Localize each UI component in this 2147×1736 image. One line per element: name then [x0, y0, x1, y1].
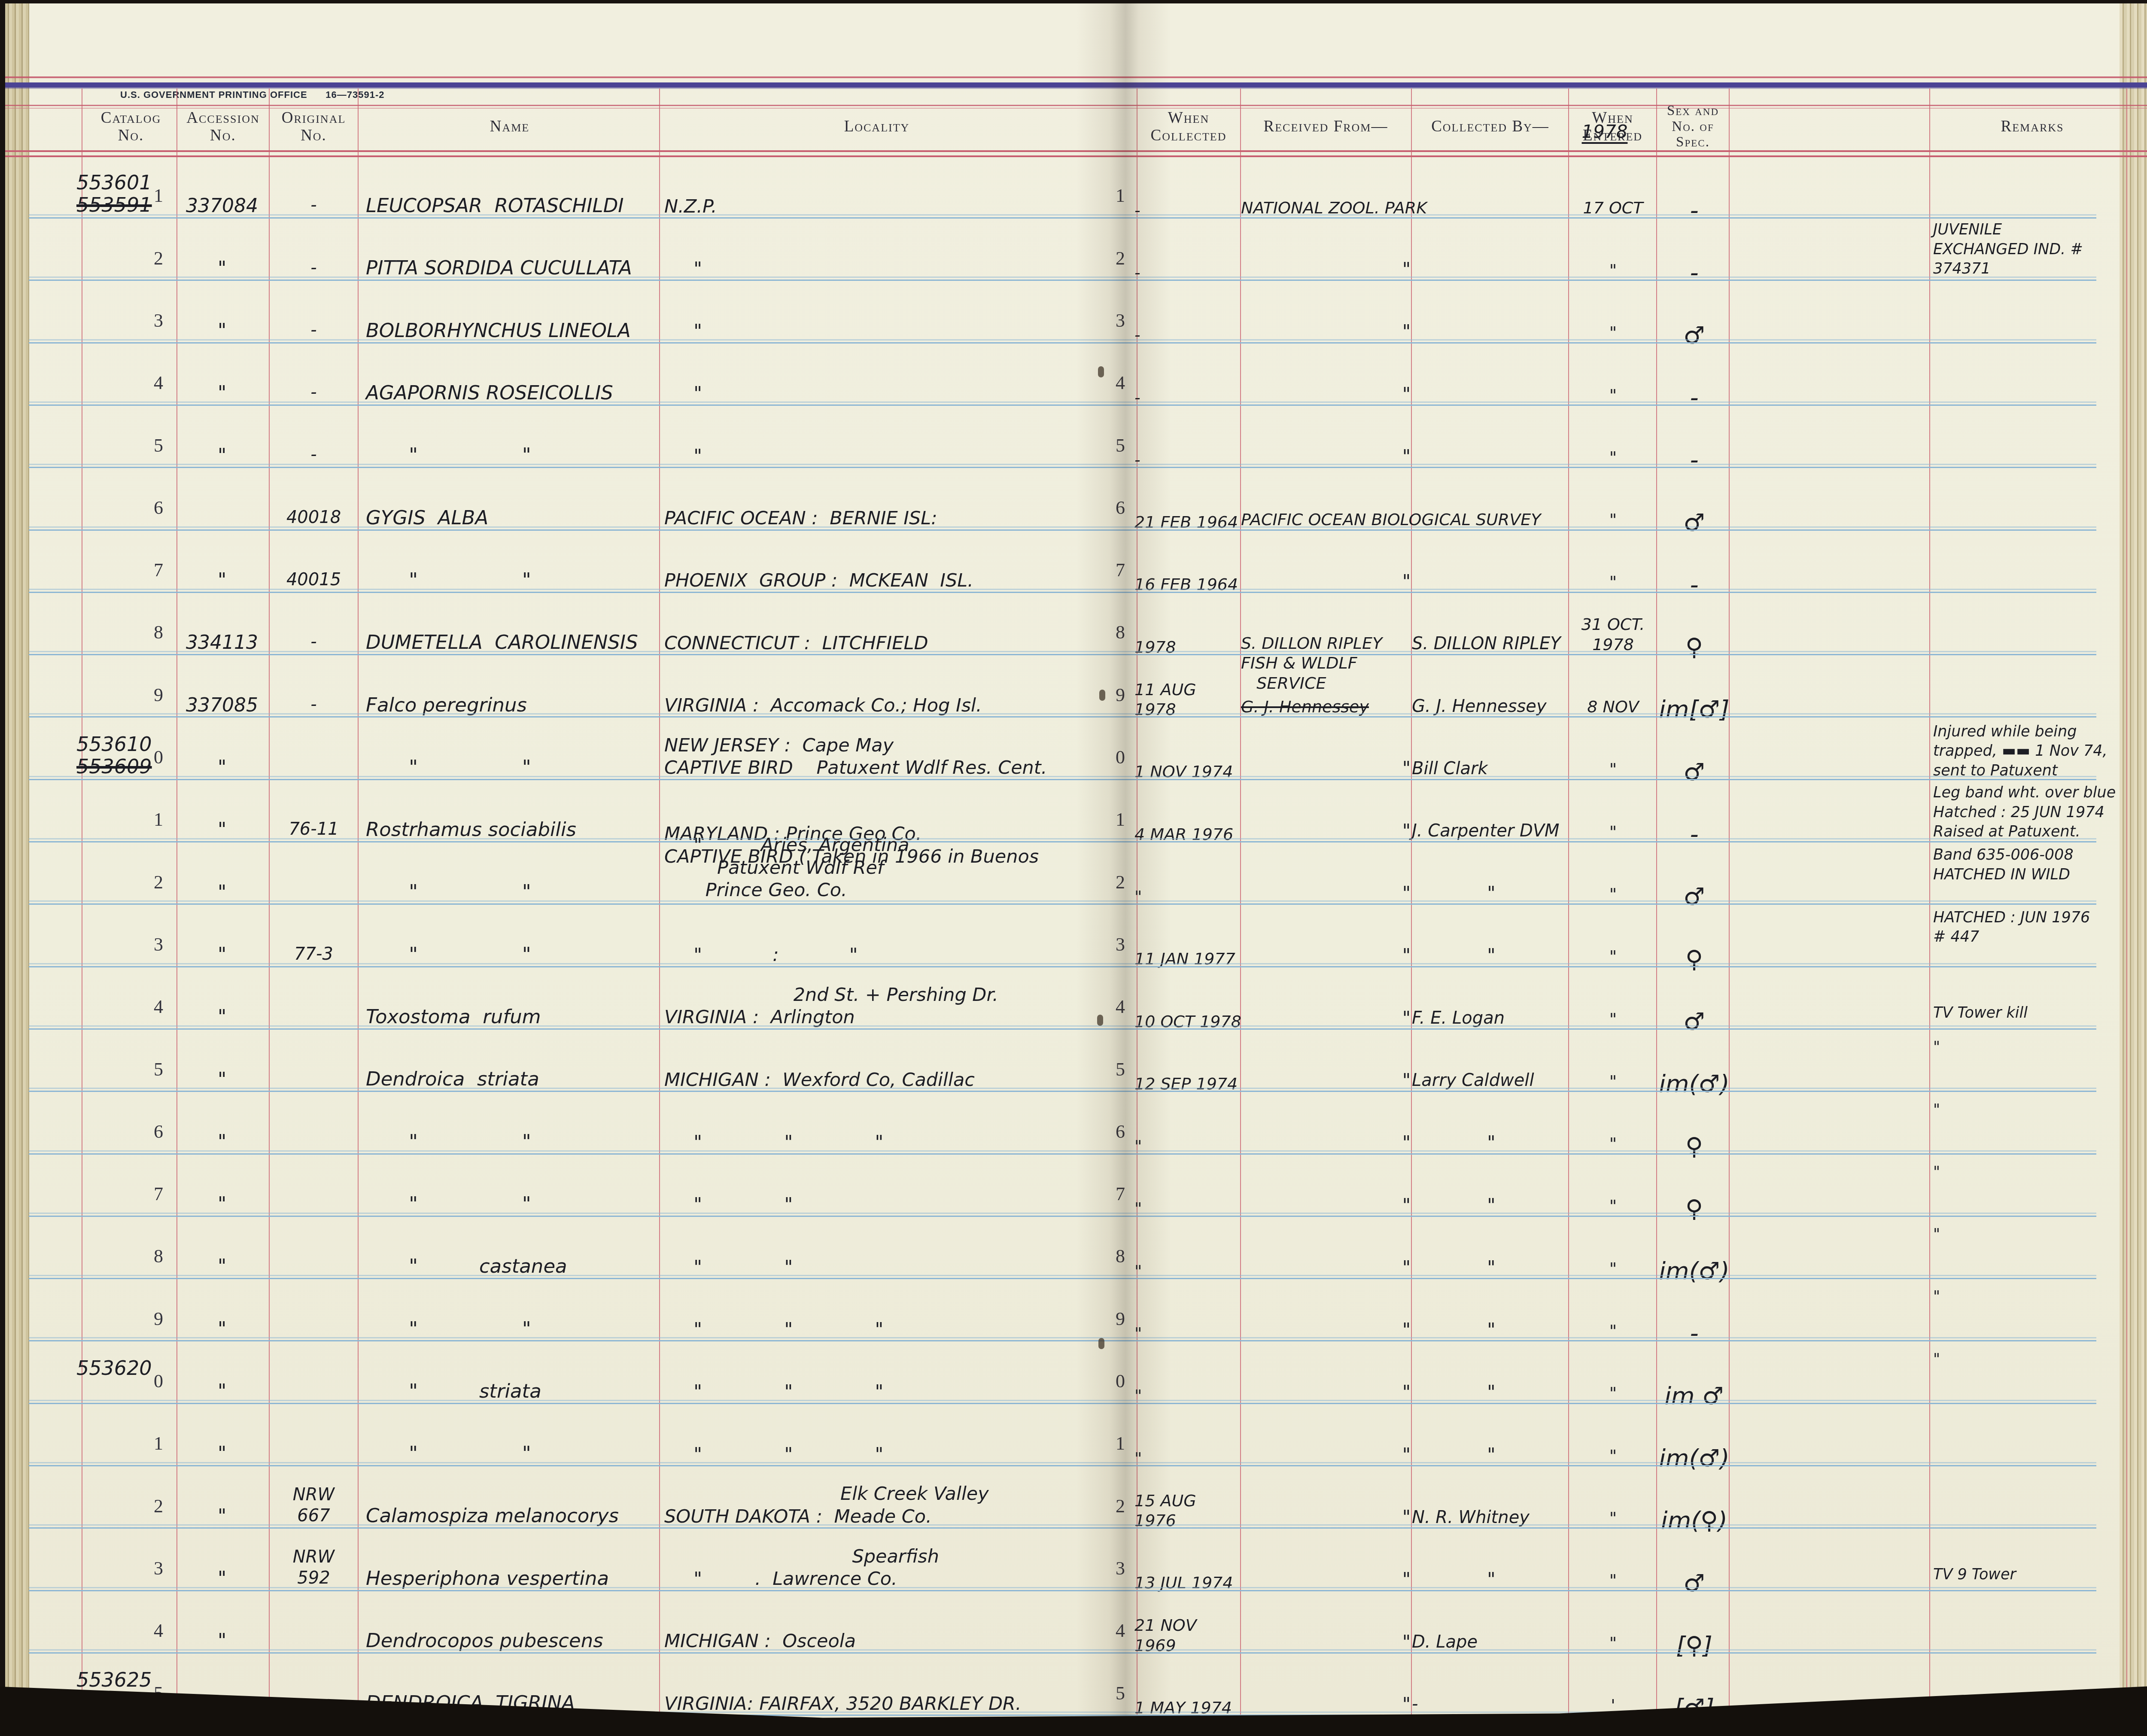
remarks-cell: TV Tower kill — [1933, 1003, 2135, 1023]
when-collected-cell: " — [1134, 1136, 1242, 1156]
locality-cell: Spearfish " . Lawrence Co. — [664, 1545, 1094, 1590]
species-name-cell: " " — [366, 444, 662, 467]
row-number-left: 6 — [82, 1120, 163, 1143]
ledger-row: 8 " " castanea " " 8 " " " " im(♂) " — [5, 1217, 2126, 1279]
row-number-right: 6 — [1116, 496, 1135, 520]
ledger-row: 2 " " " " Aries, Argentina Patuxent Wdlf… — [5, 842, 2126, 905]
ledger-row: 553620 0 " " striata " " " 0 " " " " im … — [5, 1342, 2126, 1404]
row-number-left: 3 — [82, 933, 163, 956]
accession-no-cell: " — [177, 1006, 267, 1029]
ledger-row: 1 " " " " " " 1 " " " " im(♂) — [5, 1404, 2126, 1466]
row-number-left: 4 — [82, 371, 163, 395]
received-from-cell: " — [1241, 1131, 1414, 1153]
locality-cell: " " " — [664, 1380, 1094, 1403]
collected-by-cell: J. Carpenter DVM — [1412, 821, 1571, 842]
remarks-cell: TV 9 Tower — [1933, 1565, 2135, 1585]
species-name-cell: Dendrocopos pubescens — [366, 1629, 662, 1653]
locality-cell: VIRGINIA: FAIRFAX, 3520 BARKLEY DR. — [664, 1693, 1094, 1715]
row-number-left: 8 — [82, 1245, 163, 1268]
collected-by-cell: " — [1412, 1381, 1571, 1403]
row-number-right: 4 — [1116, 995, 1135, 1018]
binding-stitch — [1098, 1338, 1104, 1349]
ledger-row: 4 " Toxostoma rufum 2nd St. + Pershing D… — [5, 967, 2126, 1030]
received-from-cell: G. J. Hennessey — [1241, 697, 1411, 717]
row-number-left: 8 — [82, 621, 163, 644]
ledger-row: 6 " " " " " " 6 " " " " ♀ " — [5, 1092, 2126, 1155]
locality-cell: " " " — [664, 1318, 1094, 1341]
collected-by-cell: F. E. Logan — [1412, 1008, 1571, 1029]
row-number-left: 7 — [82, 559, 163, 582]
row-number-right: 4 — [1116, 1619, 1135, 1642]
remarks-cell: " — [1933, 1350, 2135, 1369]
row-number-left: 6 — [82, 496, 163, 520]
received-from-cell: " — [1241, 258, 1414, 280]
row-number-right: 6 — [1116, 1120, 1135, 1143]
accession-no-cell: " — [177, 881, 267, 904]
row-number-right: 3 — [1116, 1557, 1135, 1580]
species-name-cell: GYGIS ALBA — [366, 506, 662, 530]
accession-no-cell: " — [177, 1068, 267, 1091]
species-name-cell: Dendroica striata — [366, 1067, 662, 1091]
ledger-row: 1 " 76-11 Rostrhamus sociabilis MARYLAND… — [5, 780, 2126, 842]
ledger-row: 6 40018 GYGIS ALBA PACIFIC OCEAN : BERNI… — [5, 468, 2126, 531]
original-no-cell: - — [270, 694, 358, 715]
accession-no-cell: " — [177, 943, 267, 967]
locality-cell: " — [664, 258, 1094, 280]
row-number-right: 8 — [1116, 1245, 1135, 1268]
remarks-cell: " — [1933, 1287, 2135, 1307]
collected-by-cell: " — [1412, 1256, 1571, 1278]
accession-no-cell: " — [177, 1567, 267, 1590]
species-name-cell: LEUCOPSAR ROTASCHILDI — [366, 194, 662, 218]
when-entered-cell: " — [1569, 322, 1657, 342]
when-collected-cell: 1 MAY 1974 — [1134, 1698, 1242, 1718]
row-number-right: 7 — [1116, 559, 1135, 582]
accession-no-cell: " — [177, 1442, 267, 1465]
when-collected-cell: 1 NOV 1974 — [1134, 762, 1242, 781]
original-no-cell: NRW 592 — [270, 1547, 358, 1589]
original-no-cell: - — [270, 632, 358, 653]
when-entered-cell: " — [1569, 260, 1657, 280]
when-entered-cell: 31 OCT. 1978 — [1569, 614, 1657, 654]
row-number-right: 8 — [1116, 621, 1135, 644]
when-entered-cell: " — [1569, 1383, 1657, 1403]
locality-cell: " Aries, Argentina Patuxent Wdlf Ref Pri… — [664, 834, 1094, 901]
row-number-right: 1 — [1116, 184, 1135, 207]
accession-no-cell: " — [177, 319, 267, 343]
accession-no-cell: " — [177, 382, 267, 405]
accession-no-cell: " — [177, 1630, 267, 1653]
row-number-left: 7 — [82, 1183, 163, 1206]
when-entered-cell: " — [1569, 1321, 1657, 1341]
received-from-cell: " — [1241, 570, 1414, 592]
when-collected-cell: " — [1134, 1386, 1242, 1405]
when-entered-cell: " — [1569, 1071, 1657, 1091]
row-number-right: 1 — [1116, 1432, 1135, 1455]
species-name-cell: DUMETELLA CAROLINENSIS — [366, 631, 662, 654]
ledger-row: 9 " " " " " " 9 " " " " - " — [5, 1279, 2126, 1341]
received-from-cell: " — [1241, 1381, 1414, 1403]
collected-by-cell: S. DILLON RIPLEY — [1412, 633, 1571, 654]
collected-by-cell: G. J. Hennessey — [1412, 696, 1571, 717]
received-from-cell: " — [1241, 1693, 1414, 1715]
accession-no-cell: " — [177, 756, 267, 779]
row-number-right: 5 — [1116, 434, 1135, 457]
row-number-right: 3 — [1116, 309, 1135, 332]
locality-cell: 2nd St. + Pershing Dr. VIRGINIA : Arling… — [664, 984, 1094, 1029]
locality-cell: MICHIGAN : Wexford Co, Cadillac — [664, 1069, 1094, 1091]
ledger-row: 8 334113 - DUMETELLA CAROLINENSIS CONNEC… — [5, 593, 2126, 655]
remarks-cell: Injured while being trapped, ▬▬ 1 Nov 74… — [1933, 722, 2135, 781]
ledger-row: 5 " - " " " 5 - " " - — [5, 406, 2126, 468]
collected-by-cell: " — [1412, 1194, 1571, 1216]
ledger-row: 9 337085 - Falco peregrinus VIRGINIA : A… — [5, 655, 2126, 718]
species-name-cell: Hesperiphona vespertina — [366, 1567, 662, 1590]
received-from-cell: " — [1241, 1506, 1414, 1528]
when-entered-cell: " — [1569, 1259, 1657, 1278]
row-number-left: 5 — [82, 1058, 163, 1081]
locality-cell: CONNECTICUT : LITCHFIELD — [664, 632, 1094, 654]
species-name-cell: BOLBORHYNCHUS LINEOLA — [366, 319, 662, 343]
ledger-row: 2 " - PITTA SORDIDA CUCULLATA " 2 - " " … — [5, 219, 2126, 281]
row-number-right: 0 — [1116, 746, 1135, 769]
row-number-left: 2 — [82, 247, 163, 270]
received-from-cell: NATIONAL ZOOL. PARK — [1241, 198, 1411, 218]
when-collected-cell: 21 NOV 1969 — [1134, 1615, 1242, 1655]
accession-no-cell: 337085 — [177, 694, 267, 717]
collected-by-cell: - — [1412, 1694, 1571, 1715]
remarks-cell: " — [1933, 1162, 2135, 1182]
when-collected-cell: 13 JUL 1974 — [1134, 1573, 1242, 1593]
when-entered-cell: " — [1569, 759, 1657, 779]
row-number-left: 4 — [82, 995, 163, 1018]
when-collected-cell: 21 FEB 1964 — [1134, 512, 1242, 532]
species-name-cell: Falco peregrinus — [366, 693, 662, 717]
row-number-left: 9 — [82, 1307, 163, 1331]
species-name-cell: Calamospiza melanocorys — [366, 1504, 662, 1528]
received-from-cell: " — [1241, 1194, 1414, 1216]
locality-cell: " — [664, 382, 1094, 404]
remarks-cell: Leg band wht. over blue Hatched : 25 JUN… — [1933, 783, 2135, 842]
remarks-cell: " — [1933, 1038, 2135, 1058]
remarks-cell: " — [1933, 1225, 2135, 1245]
when-entered-cell: " — [1569, 1570, 1657, 1590]
collected-by-cell: D. Lape — [1412, 1632, 1571, 1653]
remarks-cell: Band 635-006-008 HATCHED IN WILD — [1933, 845, 2135, 885]
when-collected-cell: - — [1134, 201, 1242, 220]
when-entered-cell: " — [1569, 1446, 1657, 1465]
received-from-cell: " — [1241, 882, 1414, 904]
locality-cell: PACIFIC OCEAN : BERNIE ISL: — [664, 507, 1094, 529]
row-number-right: 5 — [1116, 1058, 1135, 1081]
when-entered-cell: " — [1569, 1134, 1657, 1153]
when-collected-cell: " — [1134, 1261, 1242, 1281]
when-entered-cell: 8 NOV — [1569, 697, 1657, 717]
species-name-cell: Toxostoma rufum — [366, 1005, 662, 1029]
locality-cell: " " — [664, 1193, 1094, 1216]
locality-cell: Elk Creek Valley SOUTH DAKOTA : Meade Co… — [664, 1483, 1094, 1528]
ledger-row: 3 " 77-3 " " " : " 3 11 JAN 1977 " " " ♀… — [5, 905, 2126, 967]
accession-no-cell: 334113 — [177, 631, 267, 654]
species-name-cell: AGAPORNIS ROSEICOLLIS — [366, 381, 662, 405]
collected-by-cell: " — [1412, 944, 1571, 966]
locality-cell: " — [664, 445, 1094, 467]
row-number-right: 5 — [1116, 1682, 1135, 1705]
original-no-cell: - — [270, 320, 358, 341]
original-no-cell: NRW 667 — [270, 1484, 358, 1526]
species-name-cell: " " — [366, 880, 662, 904]
species-name-cell: " castanea — [366, 1255, 662, 1278]
ledger-row: 5 " Dendroica striata MICHIGAN : Wexford… — [5, 1030, 2126, 1092]
accession-no-cell: " — [177, 569, 267, 592]
species-name-cell: " " — [366, 569, 662, 592]
row-number-left: 0 — [82, 1370, 163, 1393]
species-name-cell: " " — [366, 1317, 662, 1341]
when-collected-cell: " — [1134, 1323, 1242, 1343]
ledger-row: 553601 553591 1 337084 - LEUCOPSAR ROTAS… — [5, 156, 2126, 219]
original-no-cell: 77-3 — [270, 944, 358, 965]
original-no-cell: - — [270, 258, 358, 279]
ledger-row: 2 " NRW 667 Calamospiza melanocorys Elk … — [5, 1466, 2126, 1529]
when-collected-cell: 1978 — [1134, 637, 1242, 657]
collected-by-cell: " — [1412, 882, 1571, 904]
ledger-row: 4 " Dendrocopos pubescens MICHIGAN : Osc… — [5, 1591, 2126, 1654]
row-number-right: 3 — [1116, 933, 1135, 956]
accession-no-cell: 337084 — [177, 195, 267, 218]
ledger-row: 553610 553609 0 " " " NEW JERSEY : Cape … — [5, 718, 2126, 780]
remarks-cell: " — [1933, 1100, 2135, 1120]
species-name-cell: " " — [366, 1130, 662, 1154]
original-no-cell: 40018 — [270, 507, 358, 528]
accession-no-cell: " — [177, 257, 267, 280]
received-from-cell: " — [1241, 445, 1414, 467]
species-name-cell: " " — [366, 943, 662, 967]
row-number-left: 1 — [82, 184, 163, 207]
row-number-left: 0 — [82, 746, 163, 769]
when-entered-cell: 17 OCT — [1569, 198, 1657, 218]
row-number-left: 3 — [82, 309, 163, 332]
row-number-right: 2 — [1116, 247, 1135, 270]
when-entered-cell: " — [1569, 884, 1657, 904]
when-collected-cell: " — [1134, 1448, 1242, 1468]
row-number-left: 2 — [82, 871, 163, 894]
row-number-right: 1 — [1116, 808, 1135, 831]
when-collected-cell: 15 AUG 1976 — [1134, 1491, 1242, 1531]
locality-cell: " — [664, 320, 1094, 342]
collected-by-cell: " — [1412, 1444, 1571, 1465]
when-entered-cell: " — [1569, 1633, 1657, 1653]
row-number-right: 0 — [1116, 1370, 1135, 1393]
locality-cell: " " — [664, 1256, 1094, 1278]
ledger-rows: 553601 553591 1 337084 - LEUCOPSAR ROTAS… — [5, 3, 2147, 1719]
species-name-cell: " " — [366, 756, 662, 779]
accession-no-cell: " — [177, 1131, 267, 1154]
species-name-cell: " striata — [366, 1380, 662, 1403]
locality-cell: " " " — [664, 1131, 1094, 1153]
row-number-right: 2 — [1116, 871, 1135, 894]
when-collected-cell: 16 FEB 1964 — [1134, 575, 1242, 594]
row-number-left: 5 — [82, 434, 163, 457]
original-no-cell: 40015 — [270, 569, 358, 590]
when-entered-cell: " — [1569, 1508, 1657, 1528]
locality-cell: MICHIGAN : Osceola — [664, 1630, 1094, 1652]
species-name-cell: " " — [366, 1442, 662, 1465]
received-from-cell: " — [1241, 1568, 1414, 1590]
ledger-row: 3 " NRW 592 Hesperiphona vespertina Spea… — [5, 1529, 2126, 1591]
collected-by-cell: " — [1412, 1131, 1571, 1153]
accession-no-cell: " — [177, 1255, 267, 1278]
species-name-cell: PITTA SORDIDA CUCULLATA — [366, 256, 662, 280]
accession-no-cell: " — [177, 818, 267, 842]
collected-by-cell: Larry Caldwell — [1412, 1070, 1571, 1091]
locality-cell: " : " — [664, 944, 1094, 966]
when-collected-cell: 11 AUG 1978 — [1134, 680, 1242, 720]
original-no-cell: - — [270, 444, 358, 465]
locality-cell: " " " — [664, 1443, 1094, 1465]
when-collected-cell: " — [1134, 887, 1242, 906]
original-no-cell: - — [270, 195, 358, 216]
species-name-cell: " " — [366, 1192, 662, 1216]
accession-no-cell: " — [177, 444, 267, 468]
collected-by-cell: N. R. Whitney — [1412, 1507, 1571, 1528]
original-no-cell: - — [270, 382, 358, 403]
received-from-cell: " — [1241, 1631, 1414, 1653]
ledger-row: 3 " - BOLBORHYNCHUS LINEOLA " 3 - " " ♂ — [5, 281, 2126, 344]
when-entered-cell: " — [1569, 822, 1657, 842]
accession-no-cell: " — [177, 1193, 267, 1216]
when-collected-cell: " — [1134, 1198, 1242, 1218]
when-collected-cell: - — [1134, 450, 1242, 470]
row-number-right: 7 — [1116, 1183, 1135, 1206]
original-no-cell: 76-11 — [270, 819, 358, 840]
remarks-cell: HATCHED : JUN 1976 # 447 — [1933, 908, 2135, 947]
row-number-right: 4 — [1116, 371, 1135, 395]
accession-no-cell: " — [177, 1380, 267, 1403]
binding-stitch — [1099, 690, 1105, 701]
when-collected-cell: - — [1134, 325, 1242, 345]
ledger-row: 4 " - AGAPORNIS ROSEICOLLIS " 4 - " " - — [5, 344, 2126, 406]
locality-cell: N.Z.P. — [664, 195, 1094, 218]
when-entered-cell: " — [1569, 572, 1657, 592]
when-collected-cell: 12 SEP 1974 — [1134, 1074, 1242, 1094]
received-from-cell: " — [1241, 757, 1414, 779]
when-collected-cell: 4 MAR 1976 — [1134, 824, 1242, 844]
species-name-cell: Rostrhamus sociabilis — [366, 818, 662, 842]
when-collected-cell: 10 OCT 1978 — [1134, 1012, 1242, 1031]
collected-by-cell: " — [1412, 1568, 1571, 1590]
received-from-cell: " — [1241, 820, 1414, 842]
received-from-cell: " — [1241, 1007, 1414, 1029]
row-number-right: 9 — [1116, 684, 1135, 707]
row-number-left: 9 — [82, 684, 163, 707]
binding-stitch — [1097, 1015, 1103, 1026]
when-collected-cell: - — [1134, 388, 1242, 407]
when-entered-cell: " — [1569, 447, 1657, 467]
locality-cell: NEW JERSEY : Cape May CAPTIVE BIRD Patux… — [664, 734, 1094, 779]
accession-no-cell: " — [177, 1505, 267, 1528]
ledger-spread: U.S. GOVERNMENT PRINTING OFFICE 16—73591… — [5, 3, 2147, 1719]
row-number-right: 9 — [1116, 1307, 1135, 1331]
received-from-cell: " — [1241, 944, 1414, 966]
ledger-row: 7 " 40015 " " PHOENIX GROUP : MCKEAN ISL… — [5, 531, 2126, 593]
when-entered-cell: " — [1569, 946, 1657, 966]
received-from-cell: " — [1241, 1256, 1414, 1278]
when-entered-cell: " — [1569, 1196, 1657, 1216]
received-from-cell: " — [1241, 1444, 1414, 1465]
collected-by-cell: " — [1412, 1319, 1571, 1341]
when-entered-cell: " — [1569, 385, 1657, 405]
when-entered-cell: " — [1569, 1009, 1657, 1029]
when-collected-cell: 11 JAN 1977 — [1134, 949, 1242, 969]
collected-by-cell: Bill Clark — [1412, 758, 1571, 779]
locality-cell: VIRGINIA : Accomack Co.; Hog Isl. — [664, 694, 1094, 717]
received-from-cell: PACIFIC OCEAN BIOLOGICAL SURVEY — [1241, 510, 1411, 529]
row-number-left: 1 — [82, 1432, 163, 1455]
row-number-right: 2 — [1116, 1495, 1135, 1518]
when-collected-cell: - — [1134, 263, 1242, 283]
binding-stitch — [1098, 366, 1104, 377]
accession-no-cell: " — [177, 1318, 267, 1341]
row-number-left: 3 — [82, 1557, 163, 1580]
locality-cell: PHOENIX GROUP : MCKEAN ISL. — [664, 569, 1094, 592]
when-entered-cell: " — [1569, 510, 1657, 529]
row-number-left: 1 — [82, 808, 163, 831]
received-from-cell: " — [1241, 1319, 1414, 1341]
row-number-left: 2 — [82, 1495, 163, 1518]
ledger-row: 7 " " " " " 7 " " " " ♀ " — [5, 1155, 2126, 1217]
received-from-cell: " — [1241, 1069, 1414, 1091]
row-number-left: 4 — [82, 1619, 163, 1642]
received-from-cell: " — [1241, 383, 1414, 405]
received-from-cell: " — [1241, 320, 1414, 342]
